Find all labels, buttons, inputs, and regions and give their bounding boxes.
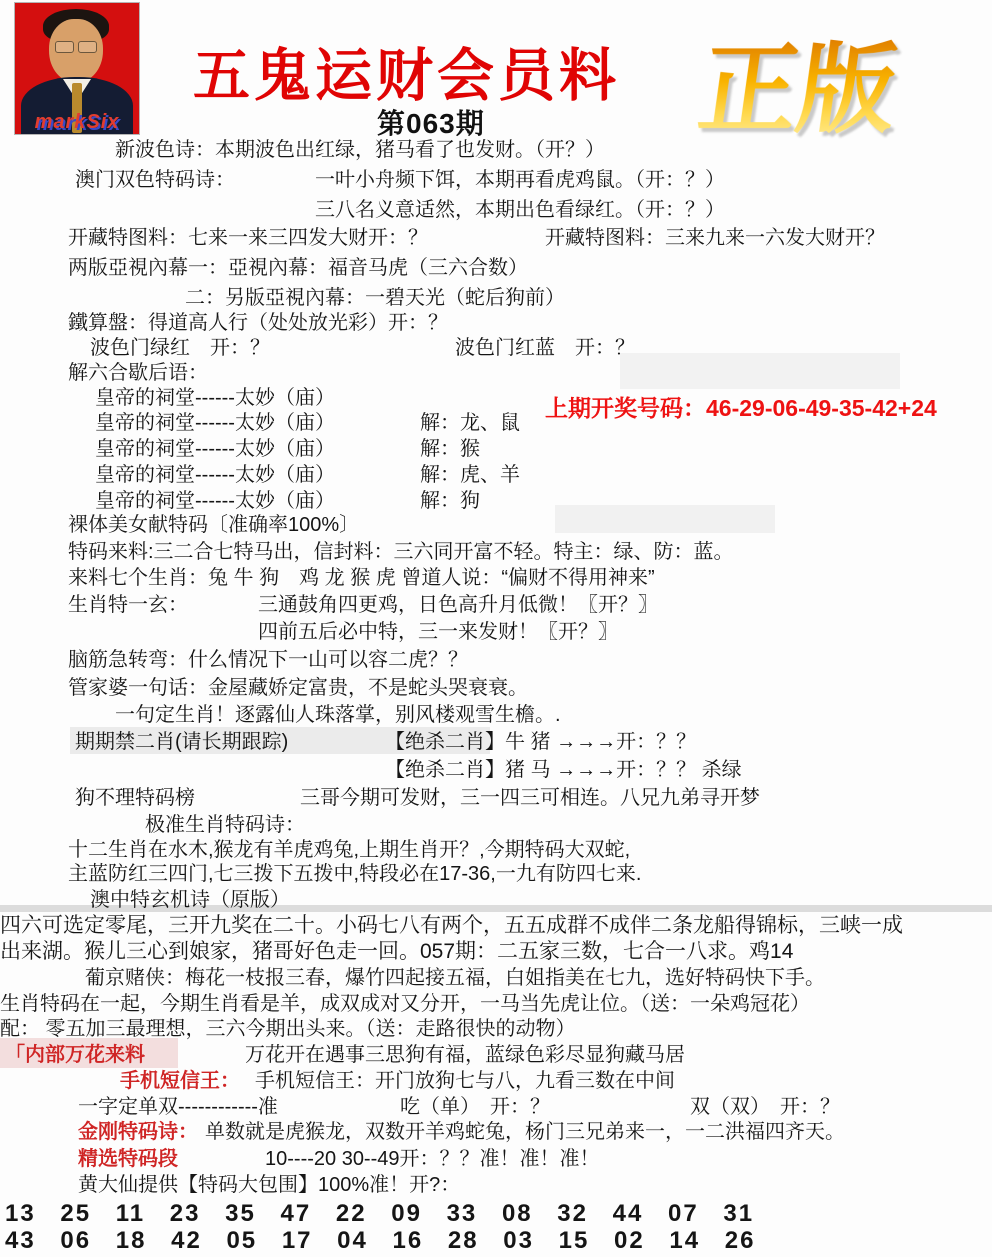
line-temple-1: 皇帝的祠堂------太妙（庙） — [95, 386, 335, 410]
tip-sheet-page: markSix 五鬼运财会员料 第063期 正版 上期开奖号码：46-29-06… — [0, 0, 992, 1257]
line-mystery-header: 澳中特玄机诗（原版） — [90, 888, 290, 912]
line-segment-text: 10----20 30--49开：？？准！准！准！ — [265, 1147, 600, 1171]
line-wave-blue: 波色门红蓝 开：？ — [455, 336, 635, 360]
line-temple-2: 皇帝的祠堂------太妙（庙） — [95, 411, 335, 435]
line-temple-4: 皇帝的祠堂------太妙（庙） — [95, 463, 335, 487]
line-nude: 裸体美女献特码〔准确率100%〕 — [68, 513, 359, 537]
line-zodiac-poem1: 三通鼓角四更鸡，日色高升月低微！〖开？〗 — [258, 593, 658, 617]
line-segment-label: 精选特码段 — [78, 1147, 178, 1171]
line-inner-label: 「内部万花来料 — [5, 1043, 145, 1067]
scan-blotch — [620, 353, 900, 389]
portrait-photo: markSix — [14, 2, 140, 135]
line-treasure-left: 开藏特图料：七来一来三四发大财开：？ — [68, 226, 428, 250]
page-title: 五鬼运财会员料 — [193, 30, 620, 112]
photo-watermark: markSix — [15, 111, 139, 134]
line-one-sentence: 一句定生肖！逐露仙人珠落掌，别风楼观雪生檐。. — [115, 703, 561, 727]
glasses-left-lens — [55, 41, 74, 53]
line-mystery-2: 出来湖。猴儿三心到娘家，猪哥好色走一回。057期：二五家三数，七合一八求。鸡14 — [0, 940, 793, 964]
line-temple-5: 皇帝的祠堂------太妙（庙） — [95, 489, 335, 513]
numbers-row-1: 13 25 11 23 35 47 22 09 33 08 32 44 07 3… — [5, 1202, 754, 1226]
line-ban-label: 期期禁二肖(请长期跟踪) — [75, 730, 288, 754]
line-goubuli-text: 三哥今期可发财，三一四三可相连。八兄九弟寻开梦 — [300, 786, 760, 810]
line-brain-teaser: 脑筋急转弯：什么情况下一山可以容二虎？？ — [68, 648, 468, 672]
line-eat-single: 吃（单） 开：？ — [400, 1095, 550, 1119]
line-mystery-1: 四六可选定零尾，三开九奖在二十。小码七八有两个，五五成群不成伴二条龙船得锦标，三… — [0, 914, 903, 938]
line-iron-abacus: 鐵算盤：得道高人行（处处放光彩）开：？ — [68, 311, 448, 335]
line-accurate-header: 极准生肖特码诗： — [145, 813, 305, 837]
line-macau-poem2: 三八名义意适然，本期出色看绿红。（开：？） — [315, 198, 725, 222]
genuine-stamp: 正版 — [692, 38, 903, 146]
last-draw-result: 上期开奖号码：46-29-06-49-35-42+24 — [545, 390, 937, 423]
line-oneword: 一字定单双------------准 — [78, 1095, 278, 1119]
glasses-right-lens — [78, 41, 97, 53]
line-accurate-1: 十二生肖在水木,猴龙有羊虎鸡兔,上期生肖开？,今期特码大双蛇, — [68, 838, 630, 862]
line-sms-text: 手机短信王：开门放狗七与八，九看三数在中间 — [255, 1069, 675, 1093]
line-wave-poem: 新波色诗：本期波色出红绿，猪马看了也发财。（开？） — [115, 138, 605, 162]
line-source: 特码来料:三二合七特马出，信封料：三六同开富不轻。特主：绿、防：蓝。 — [68, 540, 734, 564]
line-treasure-right: 开藏特图料：三来九来一六发大财开？ — [545, 226, 885, 250]
line-kill-1: 【绝杀二肖】牛 猪 →→→开：？？ — [385, 730, 696, 754]
line-macau-poem1: 一叶小舟频下饵，本期再看虎鸡鼠。（开：？） — [315, 168, 725, 192]
line-temple-2-answer: 解：龙、鼠 — [420, 411, 520, 435]
line-macau-label: 澳门双色特码诗： — [75, 168, 235, 192]
line-vajra-text: 单数就是虎猴龙，双数开羊鸡蛇兔，杨门三兄弟来一，一二洪福四齐天。 — [205, 1120, 845, 1144]
line-pei: 配： 零五加三最理想，三六今期出头来。（送：走路很快的动物） — [0, 1017, 576, 1041]
line-temple-3-answer: 解：猴 — [420, 437, 480, 461]
line-housekeeper: 管家婆一句话：金屋藏娇定富贵，不是蛇头哭衰衰。 — [68, 676, 528, 700]
line-temple-3: 皇帝的祠堂------太妙（庙） — [95, 437, 335, 461]
line-wave-green: 波色门绿红 开：？ — [90, 336, 270, 360]
line-sms-label: 手机短信王： — [120, 1069, 240, 1093]
line-huang-daxian: 黄大仙提供【特码大包围】100%准！开?： — [78, 1173, 460, 1197]
line-temple-5-answer: 解：狗 — [420, 489, 480, 513]
line-pujing: 葡京赌侠：梅花一枝报三春，爆竹四起接五福，白姐指美在七九，选好特码快下手。 — [85, 966, 825, 990]
line-goubuli-label: 狗不理特码榜 — [75, 786, 195, 810]
line-atv1: 两版亞視內幕一：亞視內幕：福音马虎（三六合数） — [68, 256, 528, 280]
line-double-double: 双（双） 开：？ — [690, 1095, 840, 1119]
line-zodiac-label: 生肖特一玄： — [68, 593, 188, 617]
line-accurate-2: 主蓝防红三四门,七三拨下五拨中,特段必在17-36,一九有防四七来. — [68, 862, 641, 886]
line-inner-text: 万花开在遇事三思狗有福，蓝绿色彩尽显狗藏马居 — [245, 1043, 685, 1067]
line-zodiac-poem2: 四前五后必中特，三一来发财！〖开？〗 — [258, 620, 618, 644]
line-temple-4-answer: 解：虎、羊 — [420, 463, 520, 487]
numbers-row-2: 43 06 18 42 05 17 04 16 28 03 15 02 14 2… — [5, 1229, 755, 1253]
line-xiehouyu-header: 解六合歇后语： — [68, 361, 208, 385]
line-vajra-label: 金刚特码诗： — [78, 1120, 198, 1144]
scan-blotch — [555, 505, 775, 533]
line-atv2: 二：另版亞視內幕：一碧天光（蛇后狗前） — [185, 286, 565, 310]
line-seven-zodiac: 来料七个生肖：兔 牛 狗 鸡 龙 猴 虎 曾道人说：“偏财不得用神来” — [68, 566, 655, 590]
issue-number: 第063期 — [377, 102, 485, 142]
line-zodiac-together: 生肖特码在一起，今期生肖看是羊，成双成对又分开，一马当先虎让位。（送：一朵鸡冠花… — [0, 992, 810, 1016]
line-kill-2: 【绝杀二肖】猪 马 →→→开：？？ 杀绿 — [385, 758, 742, 782]
